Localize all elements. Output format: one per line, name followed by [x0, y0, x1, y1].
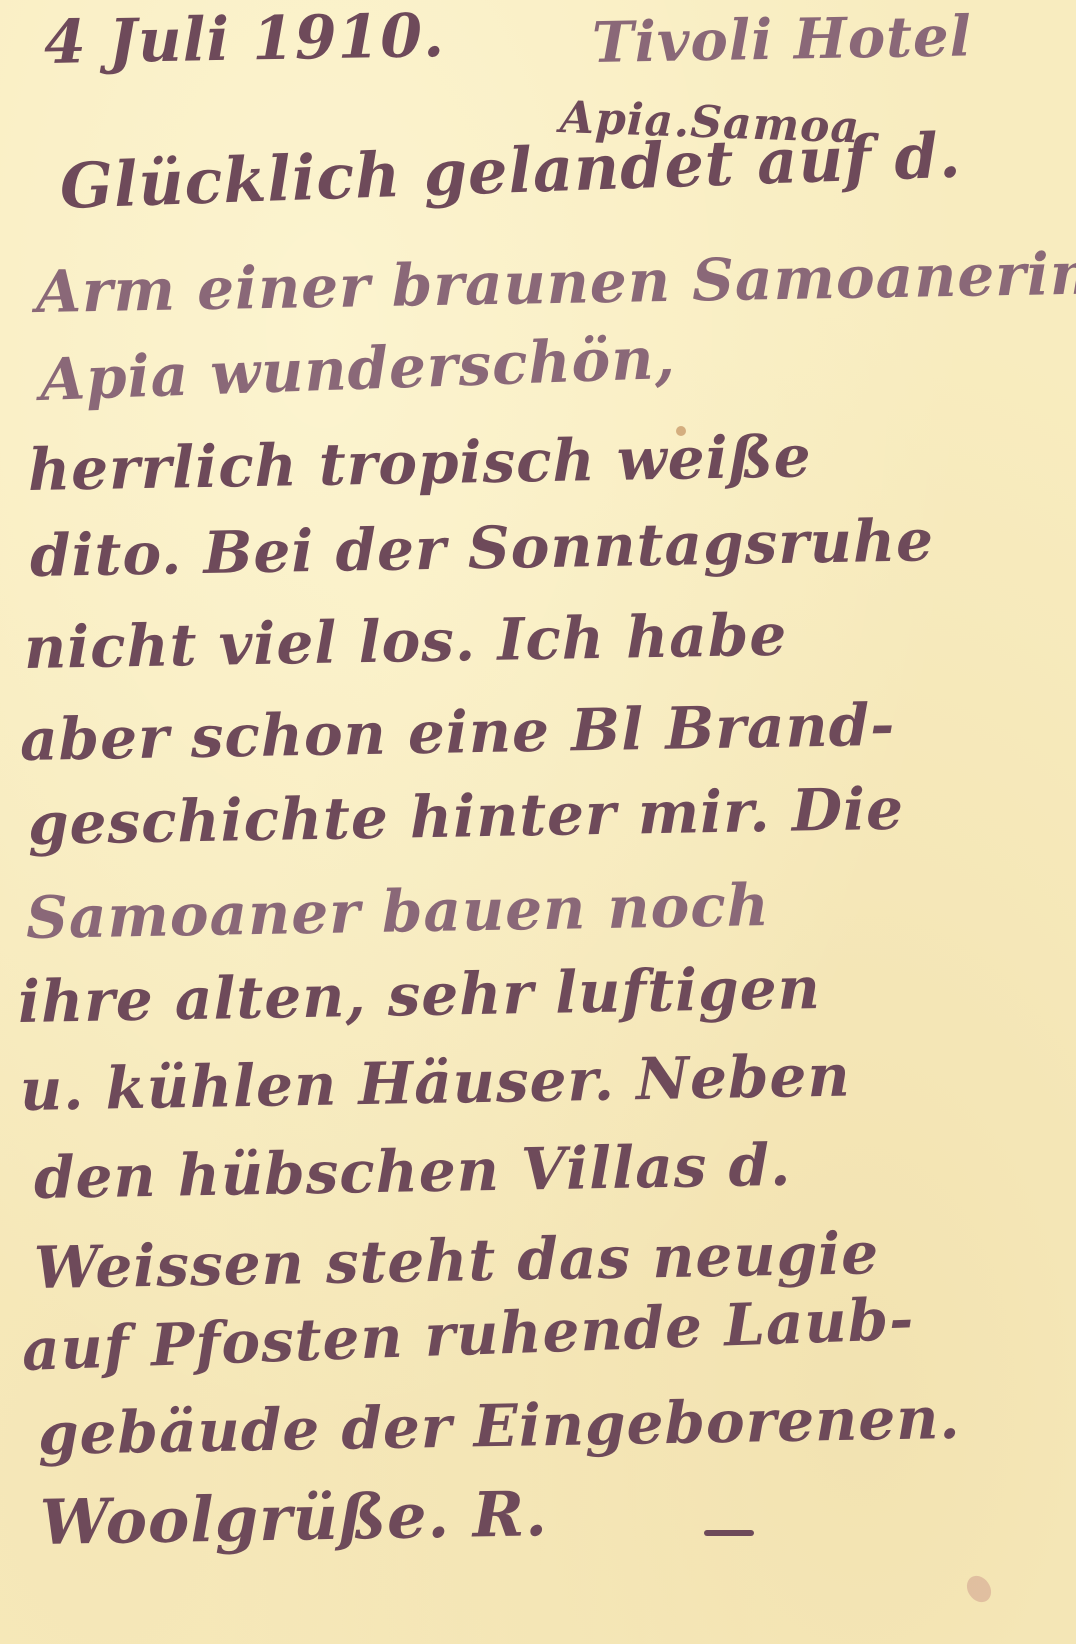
- letter-line-16: Woolgrüße. R.: [39, 1477, 548, 1559]
- closing-dash: [704, 1530, 754, 1536]
- letter-line-10: ihre alten, sehr luftigen: [17, 954, 821, 1036]
- letter-line-11: u. kühlen Häuser. Neben: [19, 1042, 851, 1124]
- letter-line-3: Apia wunderschön,: [39, 324, 677, 414]
- letter-line-8: geschichte hinter mir. Die: [27, 775, 904, 858]
- paper-stain: [962, 1571, 996, 1607]
- letter-line-4: herrlich tropisch weiße: [27, 422, 812, 504]
- letter-line-7: aber schon eine Bl Brand-: [19, 691, 895, 774]
- letter-line-15: gebäude der Eingeborenen.: [37, 1384, 961, 1468]
- letter-date: 4 Juli 1910.: [43, 1, 445, 78]
- letter-line-1: Glücklich gelandet auf d.: [59, 119, 963, 223]
- letter-line-9: Samoaner bauen noch: [25, 871, 770, 952]
- letter-line-2: Arm einer braunen Samoanerin: [35, 240, 1076, 326]
- paper-stain: [676, 426, 686, 436]
- letter-line-6: nicht viel los. Ich habe: [23, 601, 787, 682]
- letter-line-12: den hübschen Villas d.: [33, 1131, 791, 1212]
- letter-paper: 4 Juli 1910. Tivoli Hotel Apia.Samoa Glü…: [0, 0, 1076, 1644]
- letter-line-5: dito. Bei der Sonntagsruhe: [29, 506, 934, 590]
- letter-place-hotel: Tivoli Hotel: [591, 3, 972, 76]
